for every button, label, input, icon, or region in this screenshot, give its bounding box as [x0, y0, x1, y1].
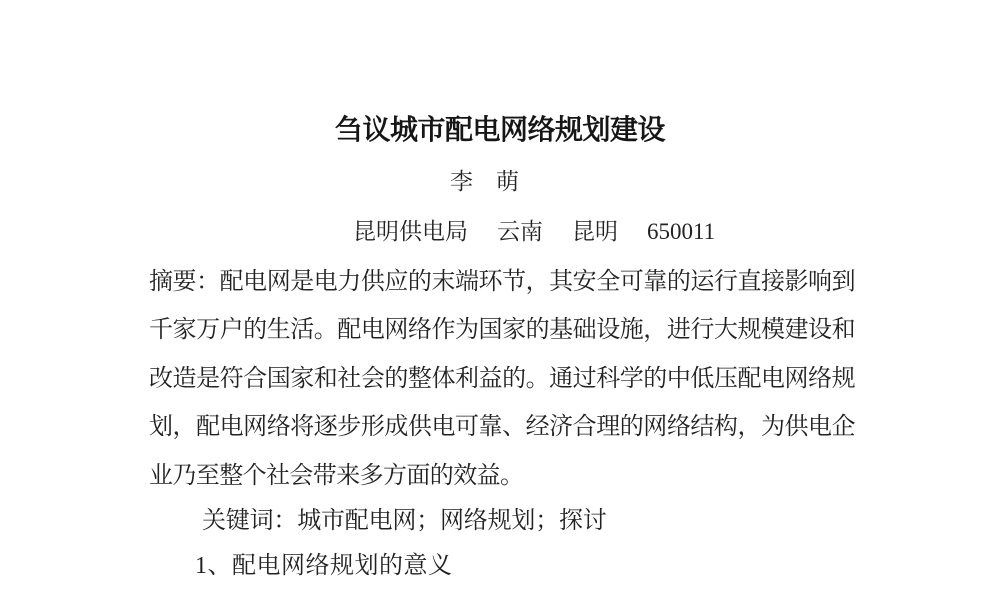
- abstract-line: 千家万户的生活。配电网络作为国家的基础设施，进行大规模建设和: [149, 306, 855, 354]
- abstract-line: 划，配电网络将逐步形成供电可靠、经济合理的网络结构，为供电企: [149, 403, 855, 451]
- affiliation-postcode: 650011: [647, 219, 715, 244]
- affiliation: 昆明供电局 云南 昆明 650011: [353, 219, 715, 244]
- abstract-line: 业乃至整个社会带来多方面的效益。: [149, 452, 855, 500]
- affiliation-city: 昆明: [572, 219, 618, 244]
- author-name-part: 萌: [496, 170, 519, 194]
- affiliation-organization: 昆明供电局: [353, 219, 468, 244]
- keywords-line: 关键词：城市配电网；网络规划；探讨: [202, 508, 607, 534]
- scanned-paper-page: 刍议城市配电网络规划建设 李 萌 昆明供电局 云南 昆明 650011 摘要：配…: [0, 0, 1000, 599]
- paper-title: 刍议城市配电网络规划建设: [0, 114, 1000, 146]
- affiliation-province: 云南: [497, 219, 543, 244]
- author-name: 李 萌: [450, 170, 519, 194]
- section-heading-1: 1、配电网络规划的意义: [195, 553, 453, 579]
- abstract-line: 摘要：配电网是电力供应的末端环节，其安全可靠的运行直接影响到: [149, 258, 855, 306]
- abstract-line: 改造是符合国家和社会的整体利益的。通过科学的中低压配电网络规: [149, 355, 855, 403]
- abstract: 摘要：配电网是电力供应的末端环节，其安全可靠的运行直接影响到 千家万户的生活。配…: [149, 258, 855, 500]
- author-name-part: 李: [450, 170, 473, 194]
